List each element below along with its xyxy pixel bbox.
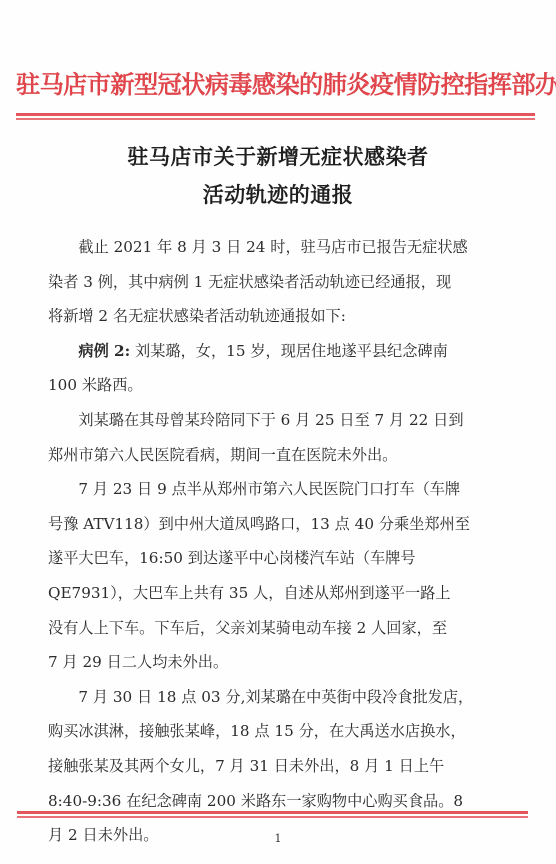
rule-thick-line: [17, 811, 528, 814]
paragraph-intro: 截止 2021 年 8 月 3 日 24 时，驻马店市已报告无症状感 染者 3 …: [48, 230, 460, 334]
case-details: 刘某璐，女，15 岁，现居住地遂平县纪念碑南: [130, 342, 448, 360]
text-line: 7 月 30 日 18 点 03 分,刘某璐在中英街中段冷食批发店，: [48, 680, 460, 715]
text-line: 7 月 23 日 9 点半从郑州市第六人民医院门口打车（车牌: [48, 472, 460, 507]
text-line: 月 2 日未外出。: [48, 818, 460, 853]
letterhead-org-name: 驻马店市新型冠状病毒感染的肺炎疫情防控指挥部办公室: [16, 68, 538, 102]
text-line: 号豫 ATV118）到中州大道凤鸣路口，13 点 40 分乘坐郑州至: [48, 507, 460, 542]
paragraph-travel: 7 月 23 日 9 点半从郑州市第六人民医院门口打车（车牌 号豫 ATV118…: [48, 472, 460, 680]
paragraph-activities: 7 月 30 日 18 点 03 分,刘某璐在中英街中段冷食批发店， 购买冰淇淋…: [48, 680, 460, 853]
document-page: 驻马店市新型冠状病毒感染的肺炎疫情防控指挥部办公室 驻马店市关于新增无症状感染者…: [0, 0, 556, 864]
text-line: 截止 2021 年 8 月 3 日 24 时，驻马店市已报告无症状感: [48, 230, 460, 265]
rule-thin-line: [17, 816, 528, 818]
text-line: 接触张某及其两个女儿，7 月 31 日未外出，8 月 1 日上午: [48, 749, 460, 784]
case-label: 病例 2:: [78, 342, 130, 360]
letterhead-red-double-rule: [16, 113, 535, 120]
text-line: 7 月 29 日二人均未外出。: [48, 645, 460, 680]
text-line: 将新增 2 名无症状感染者活动轨迹通报如下:: [48, 299, 460, 334]
text-line: 染者 3 例，其中病例 1 无症状感染者活动轨迹已经通报，现: [48, 265, 460, 300]
text-line: 刘某璐在其母曾某玲陪同下于 6 月 25 日至 7 月 22 日到: [48, 403, 460, 438]
paragraph-hospital: 刘某璐在其母曾某玲陪同下于 6 月 25 日至 7 月 22 日到 郑州市第六人…: [48, 403, 460, 472]
rule-thin-line: [16, 118, 535, 120]
text-line: 遂平大巴车，16:50 到达遂平中心岗楼汽车站（车牌号: [48, 541, 460, 576]
document-title-line-1: 驻马店市关于新增无症状感染者: [40, 142, 516, 172]
text-line: 100 米路西。: [48, 368, 460, 403]
text-line: 没有人上下车。下车后，父亲刘某骑电动车接 2 人回家，至: [48, 611, 460, 646]
document-body: 截止 2021 年 8 月 3 日 24 时，驻马店市已报告无症状感 染者 3 …: [48, 230, 460, 853]
page-number: 1: [268, 832, 288, 845]
paragraph-case-2: 病例 2: 刘某璐，女，15 岁，现居住地遂平县纪念碑南 100 米路西。: [48, 334, 460, 403]
text-line: 病例 2: 刘某璐，女，15 岁，现居住地遂平县纪念碑南: [48, 334, 460, 369]
rule-thick-line: [16, 113, 535, 116]
text-line: QE7931），大巴车上共有 35 人，自述从郑州到遂平一路上: [48, 576, 460, 611]
text-line: 购买冰淇淋，接触张某峰，18 点 15 分，在大禹送水店换水，: [48, 714, 460, 749]
text-line: 郑州市第六人民医院看病，期间一直在医院未外出。: [48, 438, 460, 473]
document-title-line-2: 活动轨迹的通报: [40, 180, 516, 210]
footer-red-double-rule: [17, 811, 528, 818]
